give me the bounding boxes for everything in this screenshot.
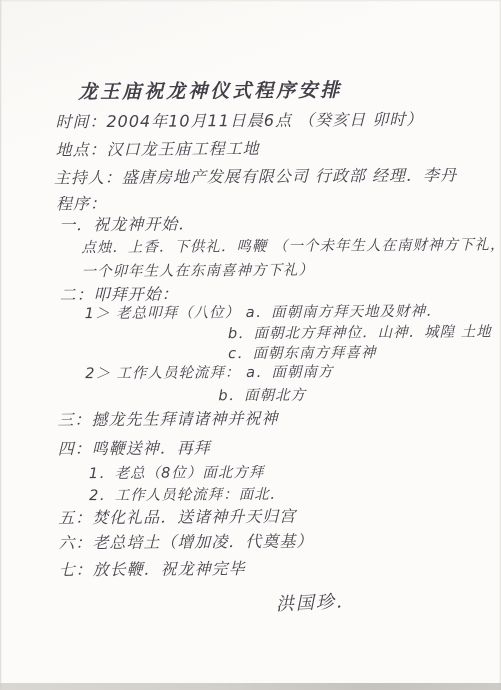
line-section-3: 三：撼龙先生拜请诸神并祝神 xyxy=(57,406,278,431)
scan-shadow-bottom xyxy=(0,683,501,690)
signature: 洪国珍． xyxy=(275,587,356,616)
line-program-label: 程序： xyxy=(56,191,107,214)
line-section-5: 五：焚化礼品．送诸神升天归宫 xyxy=(58,504,296,529)
line-section-2-item-1b: b．面朝北方拜神位．山神．城隍 土地 xyxy=(228,320,492,343)
line-time: 时间：2004年10月11日晨6点 （癸亥日 卯时） xyxy=(55,107,423,133)
line-section-1-detail-2: 一个卯年生人在东南喜神方下礼） xyxy=(81,259,314,282)
line-section-4: 四：鸣鞭送神．再拜 xyxy=(58,435,211,459)
line-section-1-detail-1: 点烛．上香．下供礼．鸣鞭 （一个未年生人在南财神方下礼， xyxy=(81,233,501,257)
line-section-2-item-2b: b．面朝北方 xyxy=(218,384,306,406)
line-section-4-item-1: 1．老总（8位）面北方拜 xyxy=(89,461,265,483)
line-section-7: 七：放长鞭．祝龙神完毕 xyxy=(58,556,245,580)
line-section-2-item-1a: 1＞ 老总叩拜（八位） a．面朝南方拜天地及财神． xyxy=(85,300,442,323)
line-section-6: 六：老总培土（增加凌．代奠基） xyxy=(58,529,313,554)
document-title: 龙王庙祝龙神仪式程序安排 xyxy=(78,75,342,104)
line-host: 主持人：盛唐房地产发展有限公司 行政部 经理．李丹 xyxy=(54,163,457,189)
line-section-2-item-2a: 2＞ 工作人员轮流拜： a．面朝南方 xyxy=(85,360,333,383)
scanned-paper: 龙王庙祝龙神仪式程序安排 时间：2004年10月11日晨6点 （癸亥日 卯时） … xyxy=(0,0,501,690)
handwritten-document: 龙王庙祝龙神仪式程序安排 时间：2004年10月11日晨6点 （癸亥日 卯时） … xyxy=(0,0,501,690)
line-section-1: 一．祝龙神开始． xyxy=(59,211,195,235)
line-location: 地点：汉口龙王庙工程工地 xyxy=(56,136,260,160)
line-section-4-item-2: 2．工作人员轮流拜：面北． xyxy=(89,483,285,505)
